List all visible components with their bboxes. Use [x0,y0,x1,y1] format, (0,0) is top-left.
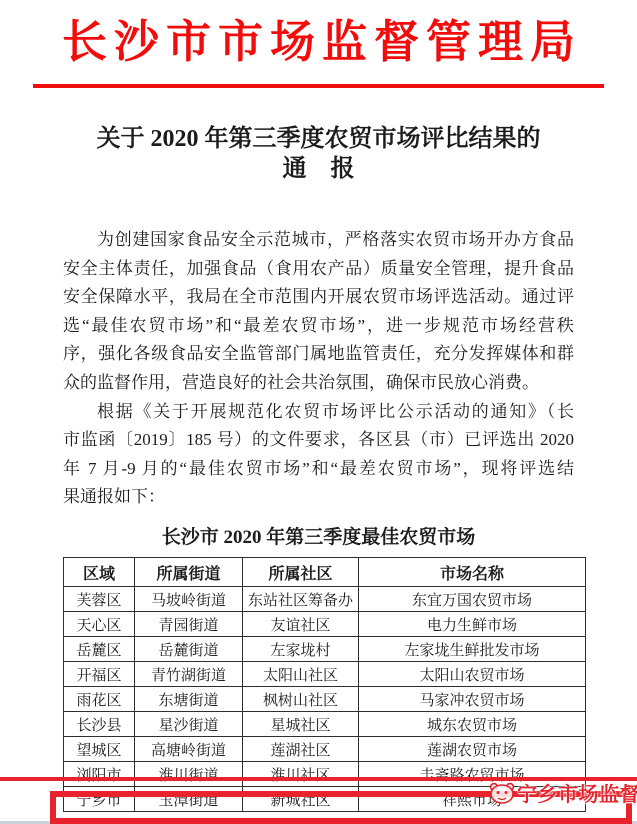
table-cell: 莲湖社区 [243,737,359,762]
table-cell: 天心区 [64,612,135,637]
table-cell: 雨花区 [64,687,135,712]
table-cell: 高塘岭街道 [134,737,242,762]
table-cell: 浏阳市 [64,762,135,787]
table-cell: 友谊社区 [243,612,359,637]
table-cell: 青竹湖街道 [134,662,242,687]
letterhead-agency-title: 长沙市市场监督管理局 [0,5,637,70]
table-cell: 马家冲农贸市场 [358,687,585,712]
table-cell: 电力生鲜市场 [358,612,585,637]
table-header-cell: 所属街道 [134,558,242,587]
official-notice-page: 长沙市市场监督管理局 关于 2020 年第三季度农贸市场评比结果的 通 报 为创… [0,0,637,824]
table-row: 望城区高塘岭街道莲湖社区莲湖农贸市场 [64,737,586,762]
table-cell: 星沙街道 [134,712,242,737]
best-markets-table: 区域所属街道所属社区市场名称 芙蓉区马坡岭街道东站社区筹备办东宜万国农贸市场天心… [63,557,586,812]
table-cell: 淮川街道 [134,762,242,787]
paragraph: 根据《关于开展规范化农贸市场评比公示活动的通知》（长市监函〔2019〕185 号… [63,398,574,512]
document-title: 关于 2020 年第三季度农贸市场评比结果的 通 报 [0,124,637,184]
table-cell: 太阳山农贸市场 [358,662,585,687]
table-cell: 东塘街道 [134,687,242,712]
table-header-cell: 市场名称 [358,558,585,587]
body-line: 序，强化各级食品安全监管部门属地监管责任，充分发挥媒体和群 [63,340,574,369]
table-cell: 太阳山社区 [243,662,359,687]
table-cell: 芙蓉区 [64,587,135,612]
table-cell: 长沙县 [64,712,135,737]
body-text: 为创建国家食品安全示范城市，严格落实农贸市场开办方食品安全主体责任，加强食品（食… [63,226,574,512]
table-row: 雨花区东塘街道枫树山社区马家冲农贸市场 [64,687,586,712]
document-title-line2: 通 报 [0,154,637,184]
table-row: 长沙县星沙街道星城社区城东农贸市场 [64,712,586,737]
table-title: 长沙市 2020 年第三季度最佳农贸市场 [0,522,637,549]
body-line: 市监函〔2019〕185 号）的文件要求，各区县（市）已评选出 2020 [63,426,574,455]
body-line: 根据《关于开展规范化农贸市场评比公示活动的通知》（长 [63,398,574,427]
table-cell: 莲湖农贸市场 [358,737,585,762]
table-cell: 东宜万国农贸市场 [358,587,585,612]
table-header: 区域所属街道所属社区市场名称 [64,558,586,587]
table-cell: 东站社区筹备办 [243,587,359,612]
table-cell: 淮川社区 [243,762,359,787]
letterhead-double-rule [33,84,604,88]
table-cell: 城东农贸市场 [358,712,585,737]
table-cell: 岳麓街道 [134,637,242,662]
table-row: 岳麓区岳麓街道左家垅村左家垅生鲜批发市场 [64,637,586,662]
table-row: 天心区青园街道友谊社区电力生鲜市场 [64,612,586,637]
watermark: 宁乡市场监督 [487,778,637,807]
table-cell: 枫树山社区 [243,687,359,712]
table-header-cell: 区域 [64,558,135,587]
table-cell: 星城社区 [243,712,359,737]
table-cell: 青园街道 [134,612,242,637]
body-line: 安全保障水平，我局在全市范围内开展农贸市场评选活动。通过评 [63,283,574,312]
table-row: 芙蓉区马坡岭街道东站社区筹备办东宜万国农贸市场 [64,587,586,612]
table-header-cell: 所属社区 [243,558,359,587]
mascot-face-icon [487,780,517,806]
table-header-row: 区域所属街道所属社区市场名称 [64,558,586,587]
table-cell: 左家垅生鲜批发市场 [358,637,585,662]
body-line: 果通报如下： [63,483,574,512]
table-cell: 岳麓区 [64,637,135,662]
body-line: 年 7 月-9 月的“最佳农贸市场”和“最差农贸市场”，现将评选结 [63,455,574,484]
table-cell: 马坡岭街道 [134,587,242,612]
watermark-label: 宁乡市场监督 [517,778,637,807]
paragraph: 为创建国家食品安全示范城市，严格落实农贸市场开办方食品安全主体责任，加强食品（食… [63,226,574,398]
body-line: 选“最佳农贸市场”和“最差农贸市场”，进一步规范市场经营秩 [63,312,574,341]
table-row: 开福区青竹湖街道太阳山社区太阳山农贸市场 [64,662,586,687]
body-line: 为创建国家食品安全示范城市，严格落实农贸市场开办方食品 [63,226,574,255]
document-title-line1: 关于 2020 年第三季度农贸市场评比结果的 [0,124,637,154]
body-line: 安全主体责任，加强食品（食用农产品）质量安全管理，提升食品 [63,255,574,284]
body-line: 众的监督作用，营造良好的社会共治氛围，确保市民放心消费。 [63,369,574,398]
table-cell: 左家垅村 [243,637,359,662]
table-cell: 开福区 [64,662,135,687]
table-cell: 望城区 [64,737,135,762]
